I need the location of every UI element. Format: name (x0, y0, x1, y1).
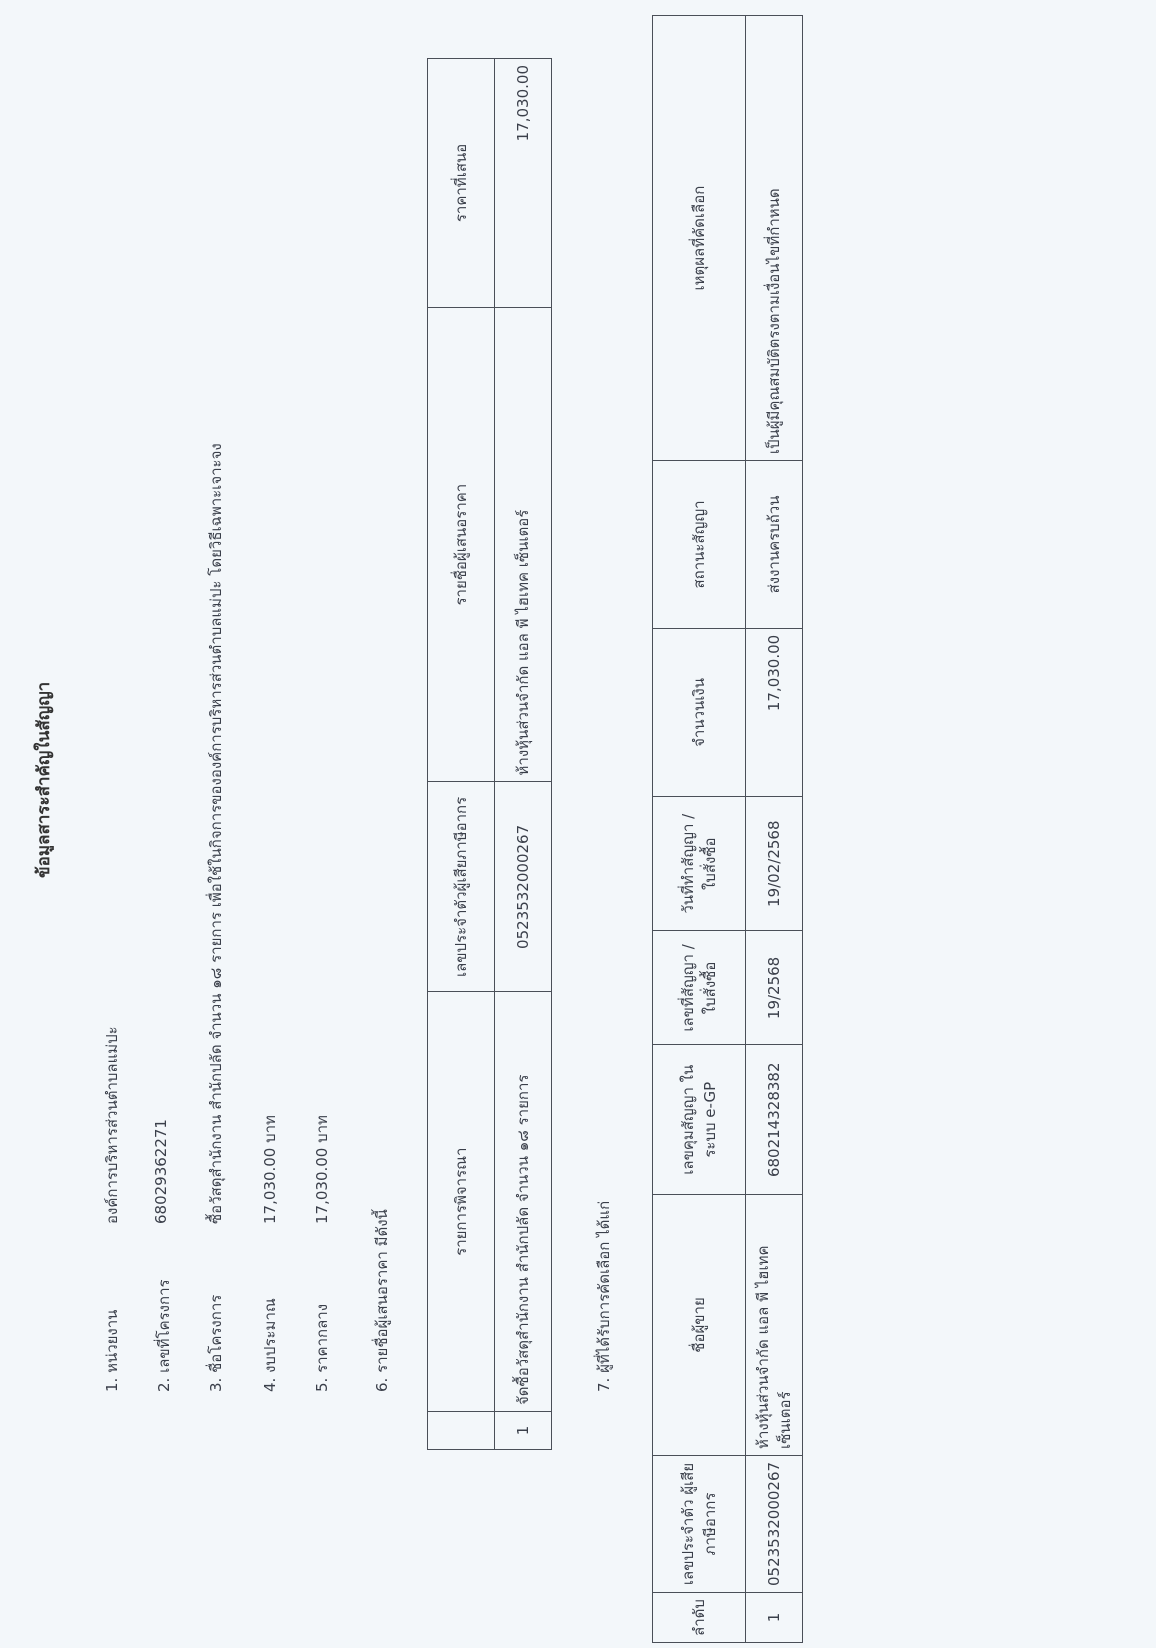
bidders-table: รายการพิจารณา เลขประจำตัวผู้เสียภาษีอากร… (427, 58, 552, 1450)
header-tax-id: เลขประจำตัวผู้เสียภาษีอากร (428, 782, 495, 992)
header-contract-date: วันที่ทำสัญญา / ใบสั่งซื้อ (653, 797, 746, 931)
cell-contract-status: ส่งงานครบถ้วน (746, 461, 803, 629)
selected-table-header: ลำดับ เลขประจำตัว ผู้เสียภาษีอากร ชื่อผู… (653, 16, 746, 1643)
header-selection-reason: เหตุผลที่คัดเลือก (653, 16, 746, 461)
header-order: ลำดับ (653, 1593, 746, 1643)
item-agency-value: องค์การบริหารส่วนตำบลแม่ปะ (100, 1026, 124, 1224)
header-contract-number: เลขที่สัญญา / ใบสั่งซื้อ (653, 931, 746, 1045)
item-project-number-label: 2. เลขที่โครงการ (152, 1279, 176, 1392)
cell-selection-reason: เป็นผู้มีคุณสมบัติตรงตามเงื่อนไขที่กำหนด (746, 16, 803, 461)
selected-table: ลำดับ เลขประจำตัว ผู้เสียภาษีอากร ชื่อผู… (652, 15, 803, 1643)
header-item: รายการพิจารณา (428, 992, 495, 1412)
header-bidder-name: รายชื่อผู้เสนอราคา (428, 307, 495, 782)
header-offered-price: ราคาที่เสนอ (428, 59, 495, 308)
cell-egp-number: 680214328382 (746, 1045, 803, 1195)
cell-contract-date: 19/02/2568 (746, 797, 803, 931)
item-project-name-label: 3. ชื่อโครงการ (204, 1295, 228, 1392)
bidders-table-header: รายการพิจารณา เลขประจำตัวผู้เสียภาษีอากร… (428, 59, 495, 1450)
cell-tax-id: 0523532000267 (495, 782, 552, 992)
header-no (428, 1412, 495, 1450)
header-egp-number: เลขคุมสัญญา ในระบบ e-GP (653, 1045, 746, 1195)
document-title: ข้อมูลสาระสำคัญในสัญญา (30, 682, 57, 878)
item-median-price-label: 5. ราคากลาง (310, 1304, 334, 1392)
cell-contract-number: 19/2568 (746, 931, 803, 1045)
header-seller-name: ชื่อผู้ขาย (653, 1195, 746, 1456)
item-project-number-value: 68029362271 (152, 1119, 170, 1224)
table-row: 1 จัดซื้อวัสดุสำนักงาน สำนักปลัด จำนวน ๑… (495, 59, 552, 1450)
item-project-name-value: ซื้อวัสดุสำนักงาน สำนักปลัด จำนวน ๑๘ ราย… (204, 443, 228, 1224)
cell-item: จัดซื้อวัสดุสำนักงาน สำนักปลัด จำนวน ๑๘ … (495, 992, 552, 1412)
cell-offered-price: 17,030.00 (495, 59, 552, 308)
item-bidders-label: 6. รายชื่อผู้เสนอราคา มีดังนี้ (370, 1209, 394, 1392)
item-agency-label: 1. หน่วยงาน (100, 1310, 124, 1392)
cell-tax-id: 0523532000267 (746, 1455, 803, 1592)
selected-label: 7. ผู้ที่ได้รับการคัดเลือก ได้แก่ (592, 1201, 616, 1392)
item-budget-value: 17,030.00 บาท (258, 1115, 282, 1224)
cell-bidder-name: ห้างหุ้นส่วนจำกัด แอล พี ไฮเทค เซ็นเตอร์ (495, 307, 552, 782)
cell-amount: 17,030.00 (746, 628, 803, 796)
cell-order: 1 (746, 1593, 803, 1643)
table-row: 1 0523532000267 ห้างหุ้นส่วนจำกัด แอล พี… (746, 16, 803, 1643)
item-median-price-value: 17,030.00 บาท (310, 1115, 334, 1224)
header-contract-status: สถานะสัญญา (653, 461, 746, 629)
header-amount: จำนวนเงิน (653, 628, 746, 796)
cell-no: 1 (495, 1412, 552, 1450)
cell-seller-name: ห้างหุ้นส่วนจำกัด แอล พี ไฮเทค เซ็นเตอร์ (746, 1195, 803, 1456)
header-tax-id: เลขประจำตัว ผู้เสียภาษีอากร (653, 1455, 746, 1592)
document-page: ข้อมูลสาระสำคัญในสัญญา 1. หน่วยงาน องค์ก… (0, 0, 1156, 1648)
item-budget-label: 4. งบประมาณ (258, 1298, 282, 1392)
